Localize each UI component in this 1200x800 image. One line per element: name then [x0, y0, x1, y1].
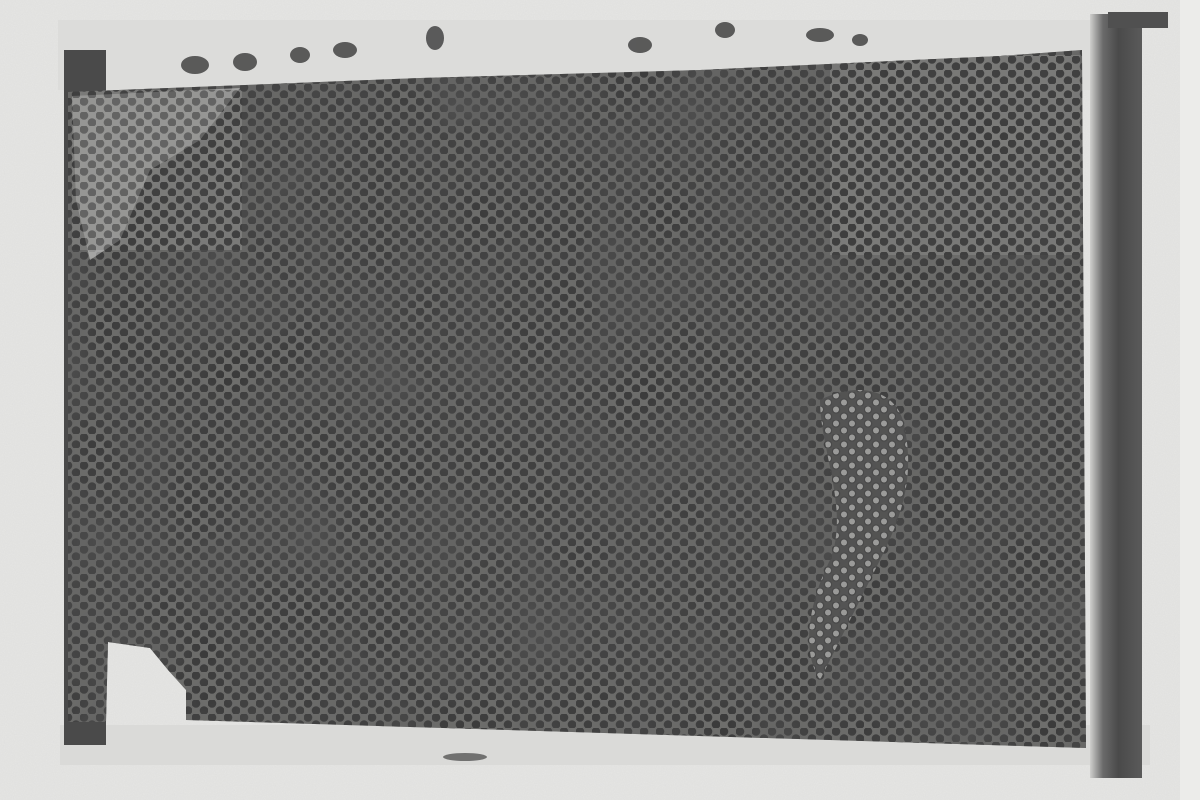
honeycomb-frame-photo [0, 0, 1200, 800]
small-shadow-on-bottom-bar [443, 753, 487, 761]
bees-on-top-bar [0, 0, 1200, 800]
